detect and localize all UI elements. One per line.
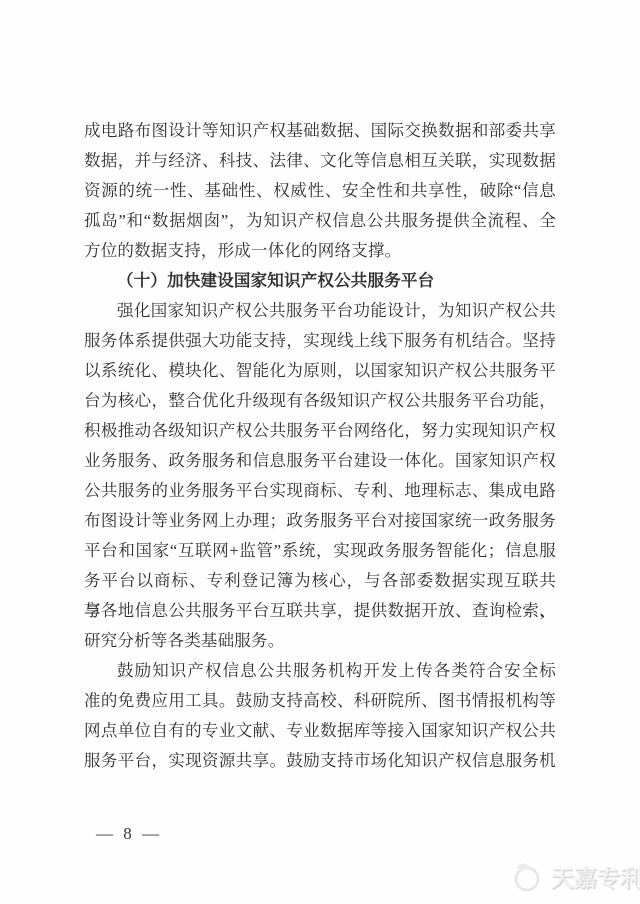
- body-line: 服务平台，实现资源共享。鼓励支持市场化知识产权信息服务机: [84, 746, 556, 776]
- brand-logo-icon: [508, 858, 544, 894]
- body-line: 台为核心，整合优化升级现有各级知识产权公共服务平台功能，: [84, 386, 556, 416]
- body-line: 与各地信息公共服务平台互联共享，提供数据开放、查询检索、: [84, 596, 556, 626]
- section-heading: （十）加快建设国家知识产权公共服务平台: [84, 266, 556, 296]
- body-line: 布图设计等业务网上办理；政务服务平台对接国家统一政务服务: [84, 506, 556, 536]
- body-line: 务平台以商标、专利登记簿为核心，与各部委数据实现互联共享，: [84, 566, 556, 596]
- body-line: 资源的统一性、基础性、权威性、安全性和共享性，破除“信息: [84, 176, 556, 206]
- body-line: 积极推动各级知识产权公共服务平台网络化，努力实现知识产权: [84, 416, 556, 446]
- body-line: 平台和国家“互联网+监管”系统，实现政务服务智能化；信息服: [84, 536, 556, 566]
- page-number: — 8 —: [96, 824, 162, 844]
- body-line: 准的免费应用工具。鼓励支持高校、科研院所、图书情报机构等: [84, 686, 556, 716]
- watermark-brand-text: 天嘉专利: [551, 860, 640, 893]
- body-line: 成电路布图设计等知识产权基础数据、国际交换数据和部委共享: [84, 116, 556, 146]
- body-line: 方位的数据支持，形成一体化的网络支撑。: [84, 236, 556, 266]
- body-line: 强化国家知识产权公共服务平台功能设计，为知识产权公共: [84, 296, 556, 326]
- text-block: 成电路布图设计等知识产权基础数据、国际交换数据和部委共享 数据，并与经济、科技、…: [84, 116, 556, 776]
- body-line: 以系统化、模块化、智能化为原则，以国家知识产权公共服务平: [84, 356, 556, 386]
- body-line: 服务体系提供强大功能支持，实现线上线下服务有机结合。坚持: [84, 326, 556, 356]
- document-page: 成电路布图设计等知识产权基础数据、国际交换数据和部委共享 数据，并与经济、科技、…: [0, 0, 640, 904]
- watermark: 天嘉专利: [508, 858, 640, 894]
- body-line: 孤岛”和“数据烟囱”，为知识产权信息公共服务提供全流程、全: [84, 206, 556, 236]
- body-line: 业务服务、政务服务和信息服务平台建设一体化。国家知识产权: [84, 446, 556, 476]
- body-line: 鼓励知识产权信息公共服务机构开发上传各类符合安全标: [84, 656, 556, 686]
- body-line: 研究分析等各类基础服务。: [84, 626, 556, 656]
- body-line: 数据，并与经济、科技、法律、文化等信息相互关联，实现数据: [84, 146, 556, 176]
- body-line: 网点单位自有的专业文献、专业数据库等接入国家知识产权公共: [84, 716, 556, 746]
- body-line: 公共服务的业务服务平台实现商标、专利、地理标志、集成电路: [84, 476, 556, 506]
